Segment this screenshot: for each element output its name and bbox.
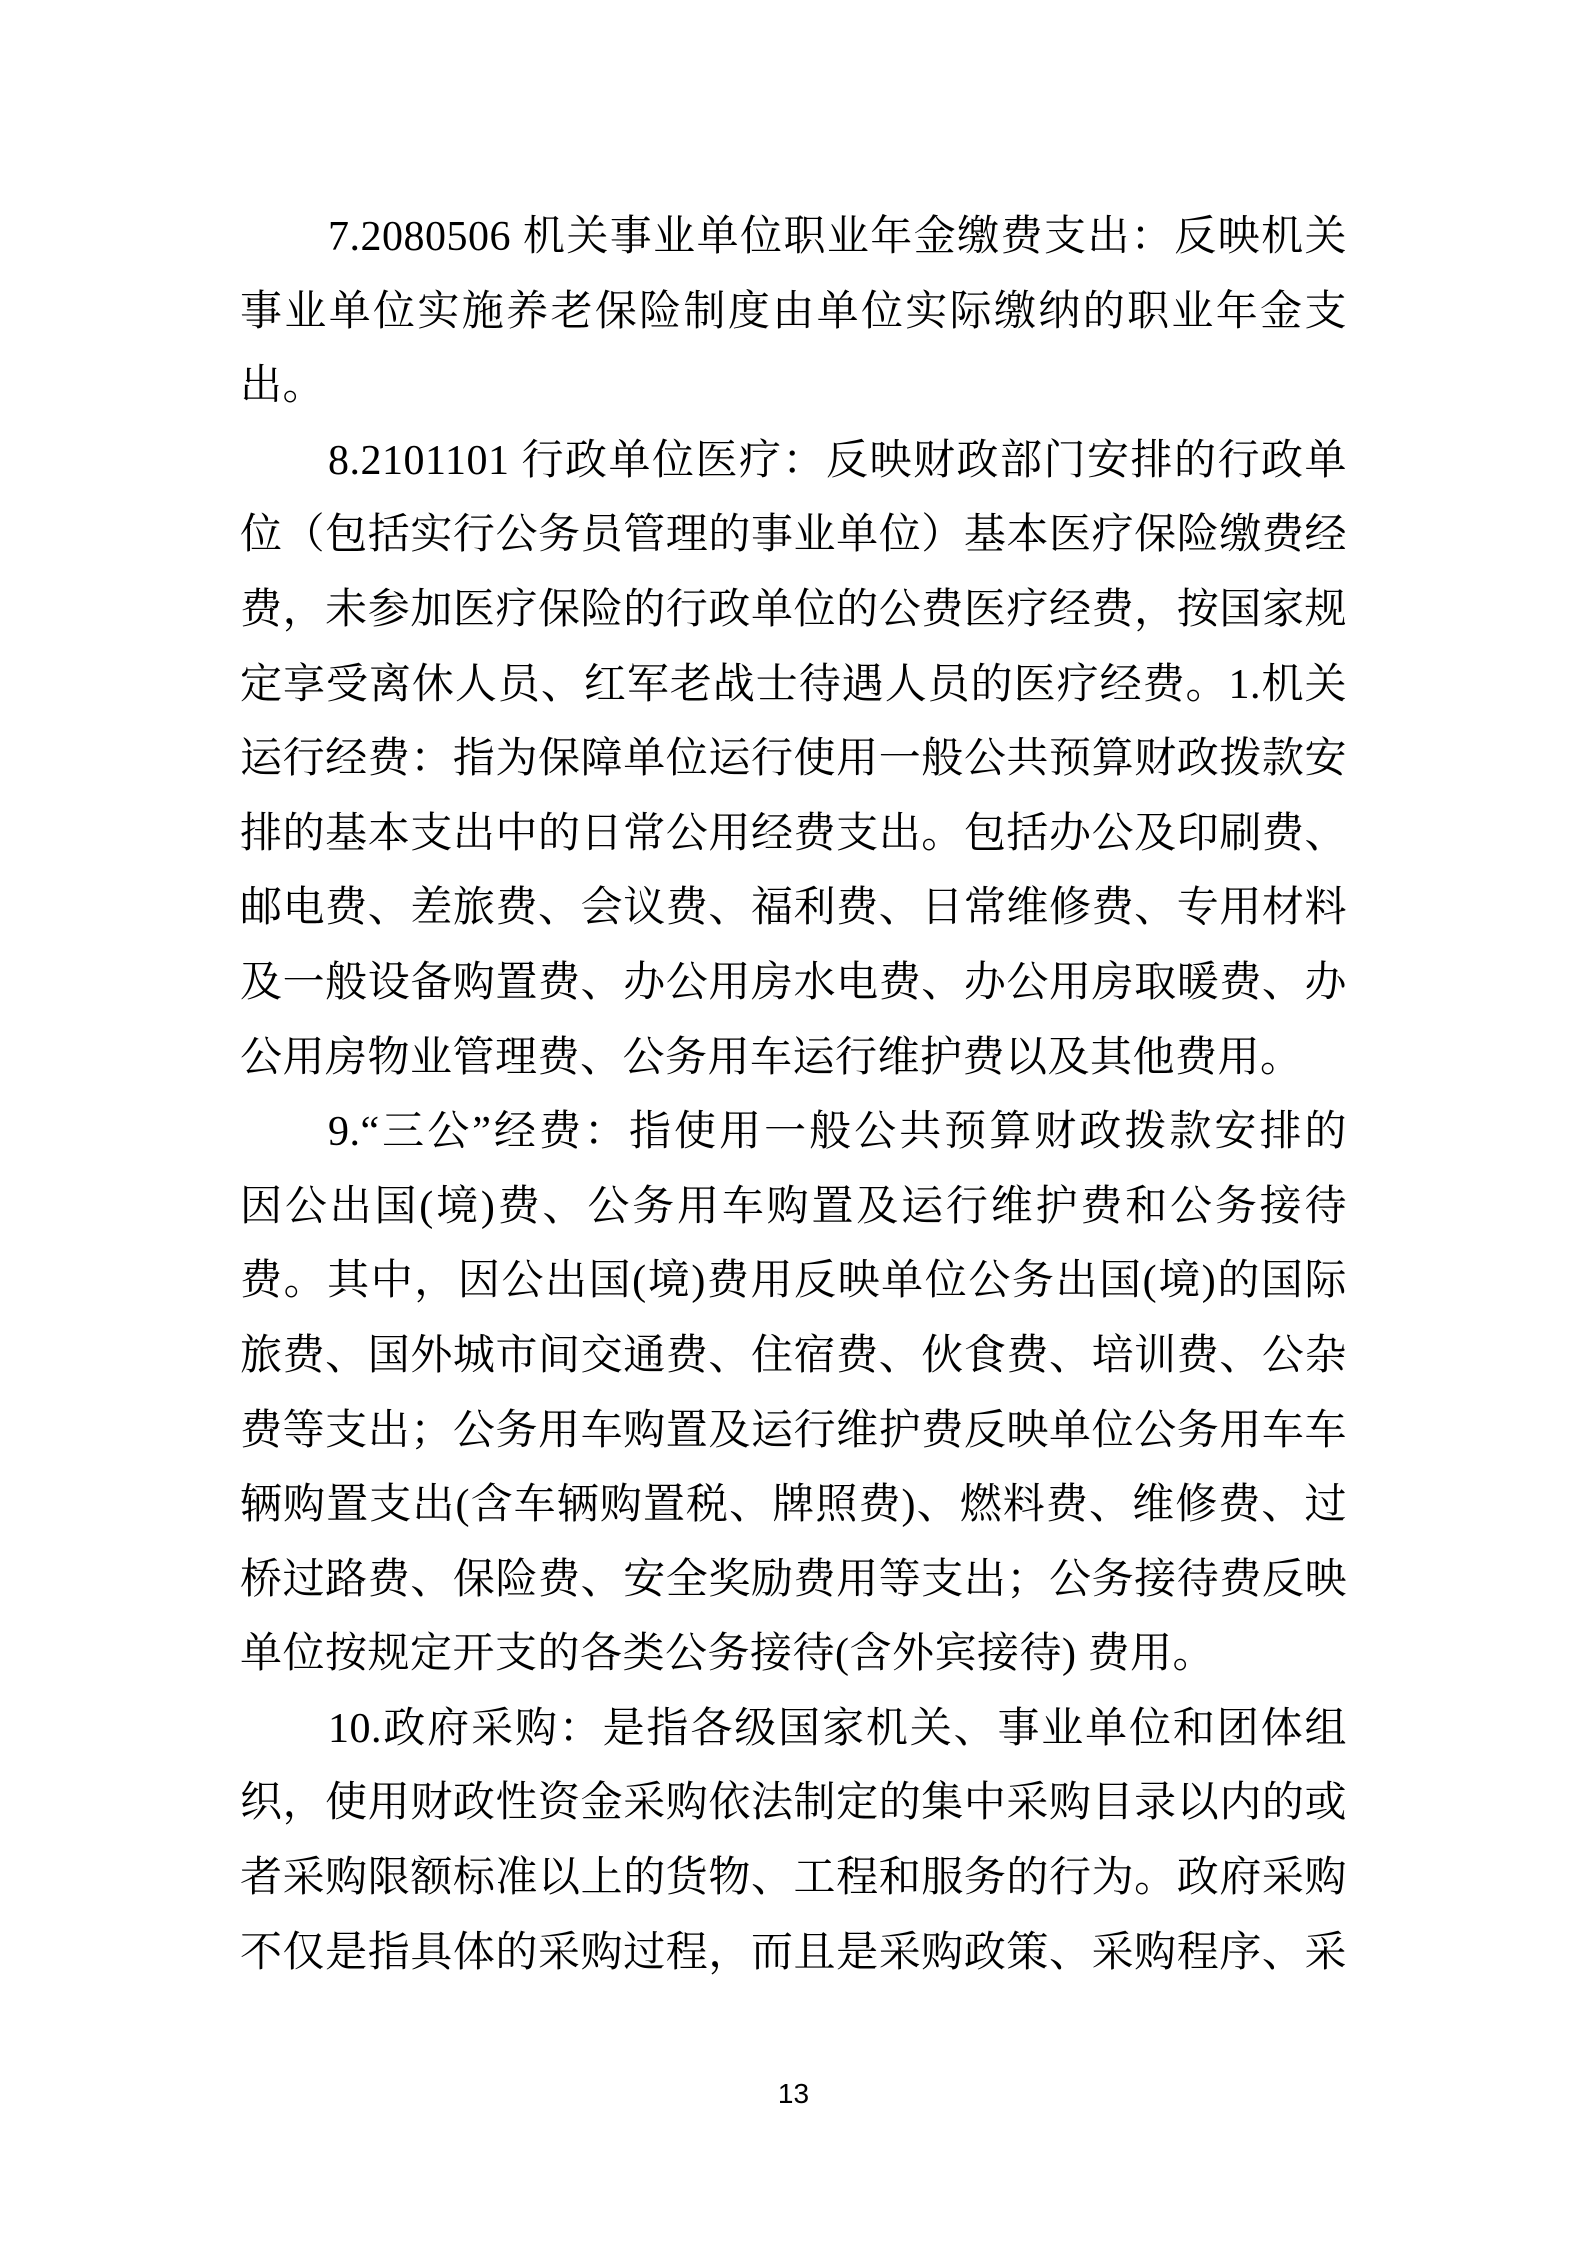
text-line: 邮电费、差旅费、会议费、福利费、日常维修费、专用材料: [240, 871, 1347, 946]
paragraph-item-10: 10.政府采购：是指各级国家机关、事业单位和团体组 织，使用财政性资金采购依法制…: [240, 1692, 1347, 1990]
text-line: 者采购限额标准以上的货物、工程和服务的行为。政府采购: [240, 1841, 1347, 1916]
text-line: 及一般设备购置费、办公用房水电费、办公用房取暖费、办: [240, 946, 1347, 1021]
text-line: 公用房物业管理费、公务用车运行维护费以及其他费用。: [240, 1021, 1347, 1096]
text-line: 定享受离休人员、红军老战士待遇人员的医疗经费。1.机关: [240, 648, 1347, 723]
text-line: 运行经费：指为保障单位运行使用一般公共预算财政拨款安: [240, 722, 1347, 797]
text-line: 织，使用财政性资金采购依法制定的集中采购目录以内的或: [240, 1766, 1347, 1841]
text-line: 排的基本支出中的日常公用经费支出。包括办公及印刷费、: [240, 797, 1347, 872]
text-line: 费等支出；公务用车购置及运行维护费反映单位公务用车车: [240, 1394, 1347, 1469]
paragraph-item-7: 7.2080506 机关事业单位职业年金缴费支出：反映机关 事业单位实施养老保险…: [240, 200, 1347, 424]
paragraph-item-9: 9.“三公”经费：指使用一般公共预算财政拨款安排的 因公出国(境)费、公务用车购…: [240, 1095, 1347, 1692]
text-line: 8.2101101 行政单位医疗：反映财政部门安排的行政单: [240, 424, 1347, 499]
text-line: 7.2080506 机关事业单位职业年金缴费支出：反映机关: [240, 200, 1347, 275]
text-line: 10.政府采购：是指各级国家机关、事业单位和团体组: [240, 1692, 1347, 1767]
text-line: 位（包括实行公务员管理的事业单位）基本医疗保险缴费经: [240, 498, 1347, 573]
page-footer: 13: [0, 2078, 1587, 2110]
text-line: 因公出国(境)费、公务用车购置及运行维护费和公务接待: [240, 1170, 1347, 1245]
text-line: 桥过路费、保险费、安全奖励费用等支出；公务接待费反映: [240, 1543, 1347, 1618]
text-line: 出。: [240, 349, 1347, 424]
text-line: 单位按规定开支的各类公务接待(含外宾接待) 费用。: [240, 1617, 1347, 1692]
text-line: 辆购置支出(含车辆购置税、牌照费)、燃料费、维修费、过: [240, 1468, 1347, 1543]
page-number: 13: [778, 2078, 809, 2109]
text-line: 费。其中，因公出国(境)费用反映单位公务出国(境)的国际: [240, 1244, 1347, 1319]
text-line: 旅费、国外城市间交通费、住宿费、伙食费、培训费、公杂: [240, 1319, 1347, 1394]
body-text: 7.2080506 机关事业单位职业年金缴费支出：反映机关 事业单位实施养老保险…: [240, 200, 1347, 1990]
text-line: 事业单位实施养老保险制度由单位实际缴纳的职业年金支: [240, 275, 1347, 350]
paragraph-item-8: 8.2101101 行政单位医疗：反映财政部门安排的行政单 位（包括实行公务员管…: [240, 424, 1347, 1095]
text-line: 费，未参加医疗保险的行政单位的公费医疗经费，按国家规: [240, 573, 1347, 648]
text-line: 不仅是指具体的采购过程，而且是采购政策、采购程序、采: [240, 1916, 1347, 1991]
document-page: 7.2080506 机关事业单位职业年金缴费支出：反映机关 事业单位实施养老保险…: [0, 0, 1587, 2245]
text-line: 9.“三公”经费：指使用一般公共预算财政拨款安排的: [240, 1095, 1347, 1170]
